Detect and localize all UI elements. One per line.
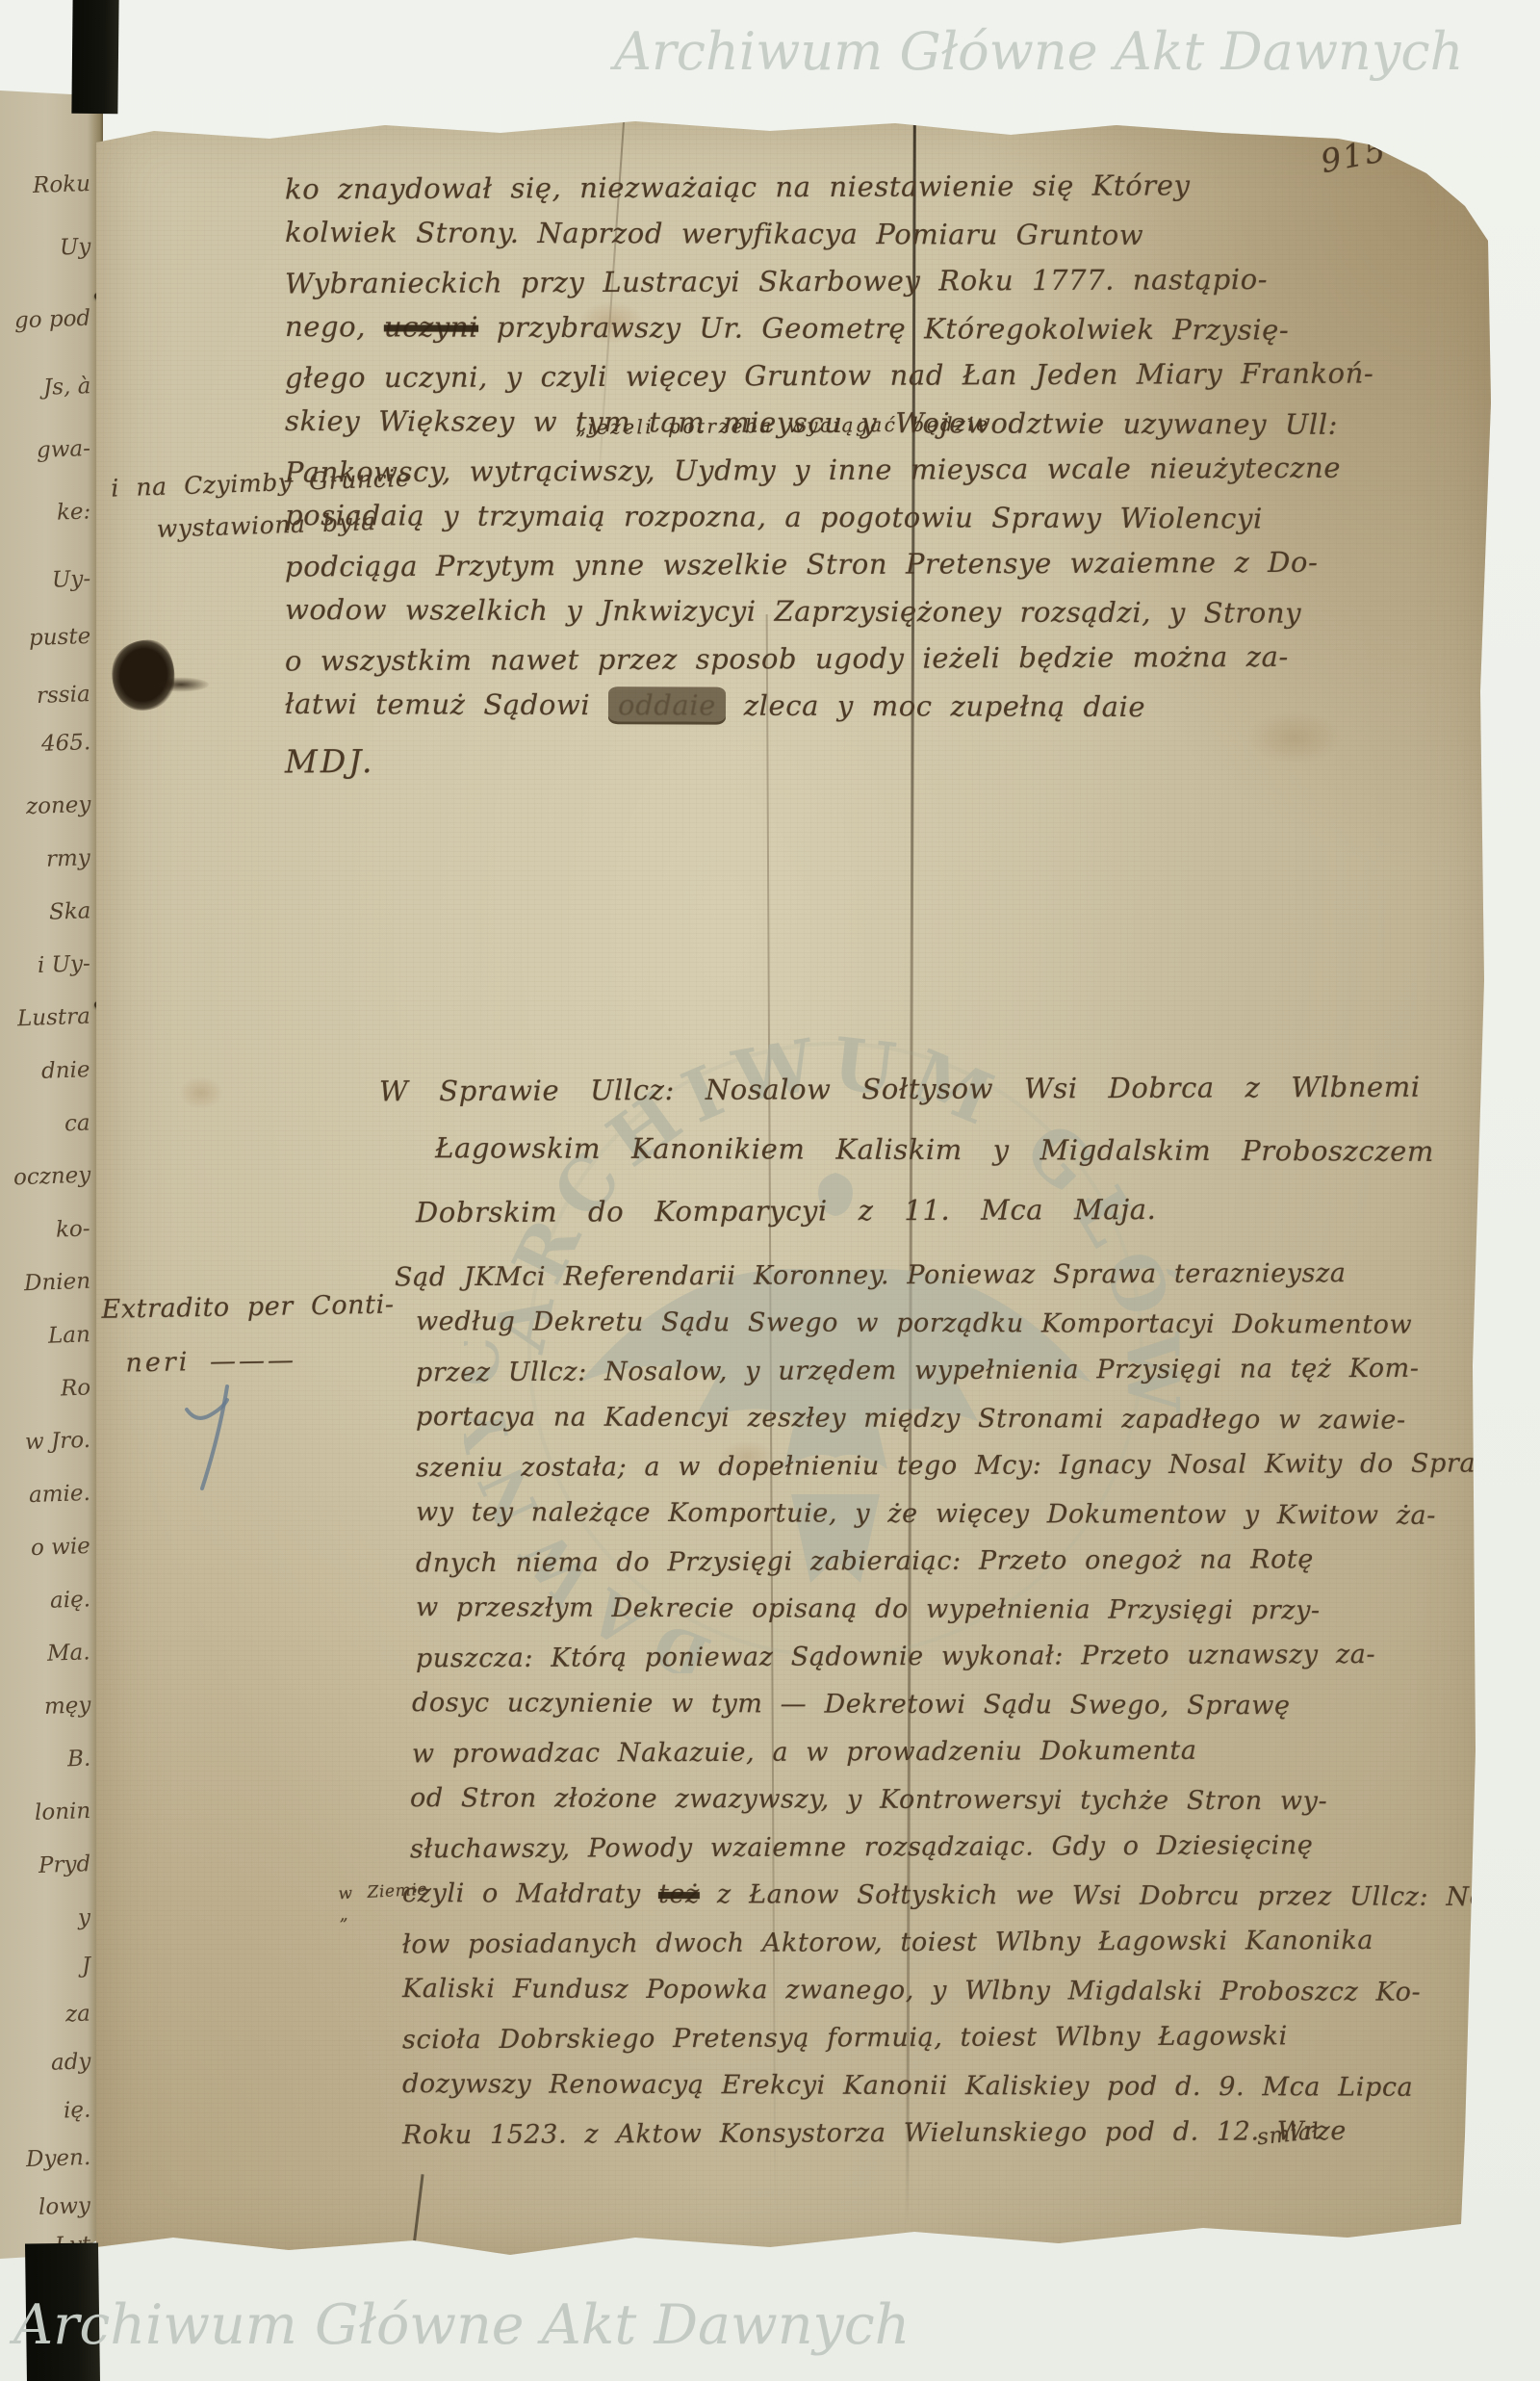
page-edge-text-fragment: męy xyxy=(43,1693,90,1720)
page-edge-text-fragment: puste xyxy=(28,624,90,651)
document-scan: Archiwum Główne Akt Dawnych Archiwum Głó… xyxy=(0,0,1540,2381)
handwritten-line: MDJ. xyxy=(285,734,1374,786)
page-edge-text-fragment: oczney xyxy=(13,1163,90,1191)
page-edge-text-fragment: ca xyxy=(64,1111,90,1137)
struck-word: uczyni xyxy=(384,310,478,343)
paragraph-decree: Sąd JKMci Referendarii Koronney. Poniewa… xyxy=(395,1252,1453,2158)
margin-note-extradito: Extradito per Conti- neri ——— xyxy=(101,1278,421,1391)
handwritten-line: przez Ullcz: Nosalow, y urzędem wypełnie… xyxy=(416,1345,1453,1397)
page-edge-text-fragment: y xyxy=(78,1905,91,1930)
page-edge-text-fragment: 465. xyxy=(40,730,90,757)
text-segment: z Łanow Sołtyskich we Wsi Dobrcu przez U… xyxy=(700,1879,1526,1912)
page-edge-text-fragment: go pod xyxy=(13,306,90,334)
handwritten-line: wy tey należące Komportuie, y że więcey … xyxy=(416,1488,1453,1540)
page-edge-text-fragment: Roku xyxy=(33,171,91,198)
page-edge-text-fragment: rssia xyxy=(37,682,91,709)
page-edge-text-fragment: B. xyxy=(66,1747,90,1773)
page-edge-text-fragment: Ma. xyxy=(47,1640,90,1667)
manuscript-page: ARCHIWUM GŁÓWNE DAWNYCH 915 ko znaydował… xyxy=(96,114,1492,2263)
page-edge-text-fragment: zoney xyxy=(25,792,90,819)
page-edge-text-fragment: za xyxy=(65,2002,91,2028)
page-edge-text-fragment: Uy- xyxy=(51,566,90,592)
handwritten-line: w prowadzac Nakazuie, a w prowadzeniu Do… xyxy=(412,1726,1453,1778)
text-segment: łatwi temuż Sądowi xyxy=(285,687,608,721)
handwritten-line: puszcza: Którą poniewaz Sądownie wykonał… xyxy=(416,1631,1453,1683)
handwritten-line: W Sprawie Ullcz: Nosalow Sołtysow Wsi Do… xyxy=(379,1057,1434,1123)
page-edge-text-fragment: ady xyxy=(50,2049,90,2075)
page-edge-text-fragment: ke: xyxy=(56,499,90,525)
page-edge-text-fragment: dnie xyxy=(41,1057,90,1084)
page-edge-text-fragment: ko- xyxy=(56,1216,90,1242)
margin-note-w-ziemie: w Ziemie „ xyxy=(338,1879,429,1927)
archive-watermark-top: Archiwum Główne Akt Dawnych xyxy=(614,21,1463,82)
page-edge-text-fragment: Uy xyxy=(59,234,90,260)
case-heading-section: W Sprawie Ullcz: Nosalow Sołtysow Wsi Do… xyxy=(379,1059,1434,1241)
handwritten-line: dozywszy Renowacyą Erekcyi Kanonii Kalis… xyxy=(402,2060,1453,2111)
handwritten-line: portacya na Kadencyi zeszłey między Stro… xyxy=(416,1393,1453,1444)
handwritten-line: według Dekretu Sądu Swego w porządku Kom… xyxy=(416,1298,1453,1349)
handwritten-line: od Stron złożone zwazywszy, y Kontrowers… xyxy=(410,1774,1453,1825)
handwritten-line: Wybranieckich przy Lustracyi Skarbowey R… xyxy=(285,256,1374,308)
text-segment: zleca y moc zupełną daie xyxy=(726,689,1145,724)
paragraph-first: ko znaydował się, niezważaiąc na niestaw… xyxy=(285,164,1373,783)
handwritten-line: czyli o Małdraty też z Łanow Sołtyskich … xyxy=(402,1870,1453,1921)
page-edge-text-fragment: ię. xyxy=(63,2098,90,2124)
handwritten-line: scioła Dobrskiego Pretensyą formuią, toi… xyxy=(402,2012,1453,2064)
handwritten-line: głego uczyni, y czyli więcey Gruntow nad… xyxy=(285,350,1374,402)
text-segment: przybrawszy Ur. Geometrę Któregokolwiek … xyxy=(478,311,1289,347)
handwritten-line: ko znaydował się, niezważaiąc na niestaw… xyxy=(285,162,1374,214)
page-edge-text-fragment: w Jro. xyxy=(25,1428,91,1455)
page-edge-text-fragment: lonin xyxy=(34,1799,90,1825)
archive-watermark-bottom: Archiwum Główne Akt Dawnych xyxy=(13,2293,910,2357)
paper-stain xyxy=(179,1076,223,1109)
margin-note-first: i na Czyimby Gruncie wystawiona była xyxy=(111,456,422,552)
handwritten-line: nego, uczyni przybrawszy Ur. Geometrę Kt… xyxy=(285,303,1374,354)
text-segment: nego, xyxy=(285,310,384,343)
page-edge-text-fragment: Lan xyxy=(48,1322,91,1349)
handwritten-line: dnych niema do Przysięgi zabieraiąc: Prz… xyxy=(416,1536,1453,1588)
page-edge-text-fragment: o wie xyxy=(31,1534,91,1561)
blotted-word: oddaie xyxy=(608,688,726,721)
handwritten-line: Pankowscy, wytrąciwszy, Uydmy y inne mie… xyxy=(285,445,1374,497)
page-edge-text-fragment: Pryd xyxy=(38,1851,90,1878)
handwritten-line: w przeszłym Dekrecie opisaną do wypełnie… xyxy=(416,1584,1453,1635)
page-edge-text-fragment: rmy xyxy=(46,845,91,872)
page-edge-text-fragment: gwa- xyxy=(37,436,91,463)
handwritten-line: Łagowskim Kanonikiem Kaliskim y Migdalsk… xyxy=(435,1118,1434,1182)
page-edge-text-fragment: lowy xyxy=(38,2193,91,2220)
handwritten-line: Kaliski Fundusz Popowka zwanego, y Wlbny… xyxy=(402,1965,1453,2016)
text-segment: czyli o Małdraty xyxy=(402,1878,658,1909)
page-edge-text-fragment: i Uy- xyxy=(38,951,91,978)
handwritten-line: podciąga Przytym ynne wszelkie Stron Pre… xyxy=(285,539,1374,591)
pencil-check-mark xyxy=(181,1377,248,1492)
page-edge-text-fragment: Js, à xyxy=(42,374,90,401)
handwritten-line: kolwiek Strony. Naprzod weryfikacya Pomi… xyxy=(285,209,1374,260)
page-edge-text-fragment: Dnien xyxy=(24,1269,91,1296)
page-edge-text-fragment: Lustra xyxy=(17,1004,91,1032)
page-edge-text-fragment: amie. xyxy=(29,1481,91,1508)
black-strap-top xyxy=(71,0,118,114)
handwritten-line: łatwi temuż Sądowi oddaie zleca y moc zu… xyxy=(285,681,1374,732)
black-strap-bottom xyxy=(25,2242,100,2381)
bottom-tear xyxy=(410,2174,423,2263)
handwritten-line: słuchawszy, Powody wzaiemne rozsądzaiąc.… xyxy=(410,1822,1453,1874)
handwritten-line: Dobrskim do Komparycyi z 11. Mca Maja. xyxy=(416,1178,1434,1244)
page-edge-text-fragment: Ro xyxy=(60,1375,90,1401)
page-edge-text-fragment: aię. xyxy=(50,1587,91,1613)
margin-note-line: neri ——— xyxy=(125,1332,421,1390)
handwritten-line: dosyc uczynienie w tym — Dekretowi Sądu … xyxy=(412,1679,1453,1730)
handwritten-line: wodow wszelkich y Jnkwizycyi Zaprzysiężo… xyxy=(285,586,1374,637)
page-edge-text-fragment: J xyxy=(81,1954,90,1979)
previous-page-edge: RokuUygo podJs, àgwa-ke:Uy-pusterssia465… xyxy=(0,91,103,2259)
handwritten-line: posiadaią y trzymaią rozpozna, a pogotow… xyxy=(285,492,1374,543)
handwritten-line: Sąd JKMci Referendarii Koronney. Poniewa… xyxy=(395,1250,1453,1302)
handwritten-line: o wszystkim nawet przez sposob ugody ież… xyxy=(285,634,1374,686)
page-edge-text-fragment: Ska xyxy=(48,898,90,924)
margin-note-line: Extradito per Conti- xyxy=(101,1278,420,1337)
struck-word: też xyxy=(658,1879,700,1909)
page-edge-text-fragment: Dyen. xyxy=(25,2145,90,2172)
handwritten-line: łow posiadanych dwoch Aktorow, toiest Wl… xyxy=(402,1917,1453,1969)
handwritten-line: szeniu została; a w dopełnieniu tego Mcy… xyxy=(416,1440,1453,1492)
ink-blot xyxy=(107,635,180,714)
interlinear-insertion: „ieżeli potrzeba wyciągać będzie xyxy=(576,412,990,439)
